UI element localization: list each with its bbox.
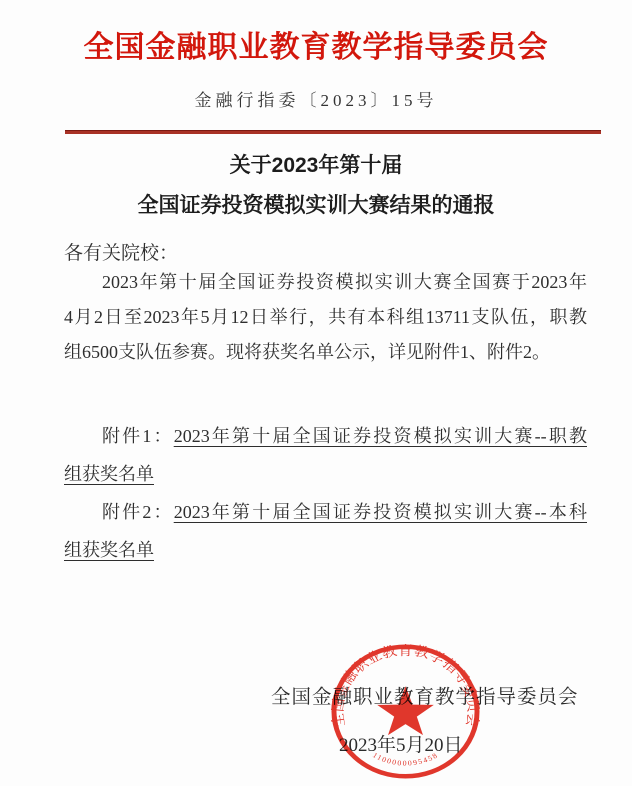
- salutation: 各有关院校：: [64, 238, 178, 265]
- body-line: 4月2日至2023年5月12日举行，共有本科组13711支队伍，职教: [64, 300, 587, 335]
- org-title: 全国金融职业教育教学指导委员会: [0, 22, 632, 66]
- attachment-1-link-continued[interactable]: 组获奖名单: [64, 464, 154, 484]
- official-seal: 全国金融职业教育教学指导委员会 1100000095458: [331, 644, 480, 779]
- attachment-2-line2: 组获奖名单: [64, 531, 587, 569]
- body-line: 2023年第十届全国证券投资模拟实训大赛全国赛于2023年: [64, 265, 587, 300]
- body-line: 组6500支队伍参赛。现将获奖名单公示，详见附件1、附件2。: [64, 335, 587, 370]
- doc-number: 金融行指委〔2023〕15号: [0, 86, 632, 111]
- document-page: 全国金融职业教育教学指导委员会 金融行指委〔2023〕15号 关于2023年第十…: [0, 0, 632, 786]
- attachment-2-link-continued[interactable]: 组获奖名单: [64, 540, 154, 560]
- signature-date: 2023年5月20日: [339, 730, 463, 757]
- notice-title-line1: 关于2023年第十届: [0, 146, 632, 186]
- attachment-2-line1: 附件2：2023年第十届全国证券投资模拟实训大赛--本科: [64, 493, 587, 531]
- notice-title: 关于2023年第十届 全国证券投资模拟实训大赛结果的通报: [0, 146, 632, 226]
- notice-title-line2: 全国证券投资模拟实训大赛结果的通报: [0, 186, 632, 226]
- attachment-1-label: 附件1：: [102, 426, 174, 446]
- attachment-1-link[interactable]: 2023年第十届全国证券投资模拟实训大赛--职教: [174, 426, 587, 446]
- attachment-1-line1: 附件1：2023年第十届全国证券投资模拟实训大赛--职教: [64, 417, 587, 455]
- attachment-2-link[interactable]: 2023年第十届全国证券投资模拟实训大赛--本科: [174, 502, 587, 522]
- header-divider-rule: [65, 130, 601, 134]
- attachment-1-line2: 组获奖名单: [64, 455, 587, 493]
- attachments-section: 附件1：2023年第十届全国证券投资模拟实训大赛--职教 组获奖名单 附件2：2…: [64, 417, 587, 569]
- notice-body: 2023年第十届全国证券投资模拟实训大赛全国赛于2023年 4月2日至2023年…: [64, 265, 587, 370]
- attachment-2-label: 附件2：: [102, 502, 174, 522]
- signature-org: 全国金融职业教育教学指导委员会: [271, 681, 579, 709]
